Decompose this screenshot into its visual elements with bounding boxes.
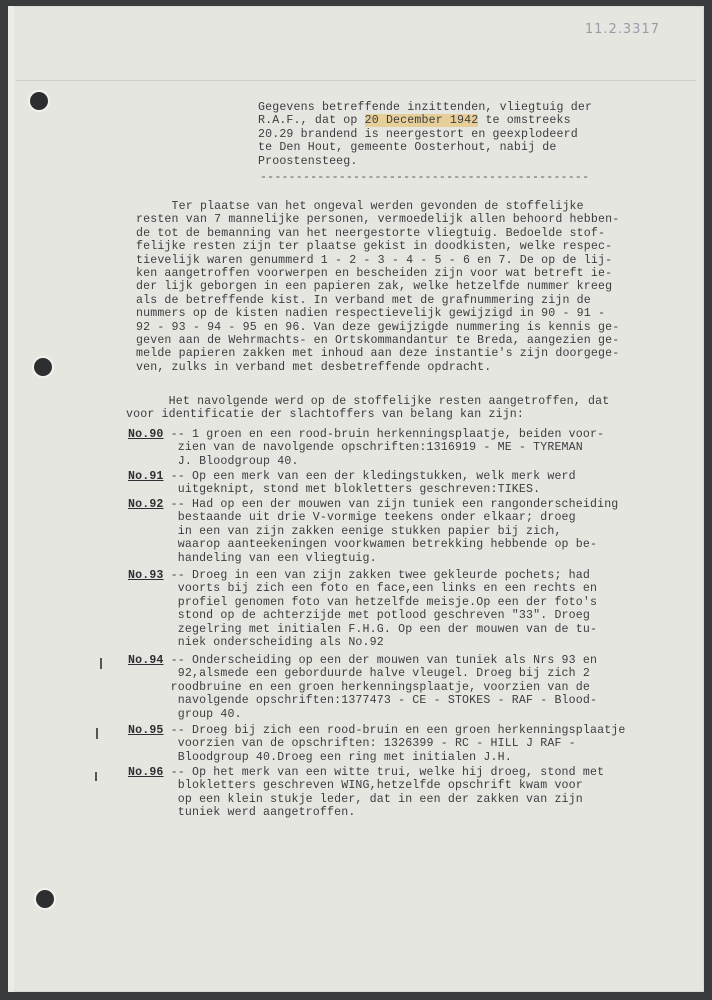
margin-check-mark xyxy=(100,658,102,669)
paragraph-identification-intro: Het navolgende werd op de stoffelijke re… xyxy=(126,395,609,422)
entry-number: No.92 xyxy=(128,498,164,511)
entry-no-93: No.93 -- Droeg in een van zijn zakken tw… xyxy=(128,569,597,649)
entry-number: No.95 xyxy=(128,724,164,737)
entry-no-95: No.95 -- Droeg bij zich een rood-bruin e… xyxy=(128,724,626,764)
entry-no-91: No.91 -- Op een merk van een der kleding… xyxy=(128,470,576,497)
entry-no-96: No.96 -- Op het merk van een witte trui,… xyxy=(128,766,604,820)
margin-check-mark xyxy=(95,772,97,781)
heading-line: Gegevens betreffende inzittenden, vliegt… xyxy=(258,101,592,114)
paragraph-remains-found: Ter plaatse van het ongeval werden gevon… xyxy=(136,200,619,374)
margin-check-mark xyxy=(96,728,98,739)
heading-line: 20.29 brandend is neergestort en geexplo… xyxy=(258,128,578,141)
entry-no-94: No.94 -- Onderscheiding op een der mouwe… xyxy=(128,654,597,721)
punch-hole-bottom xyxy=(36,890,54,908)
punch-hole-middle xyxy=(34,358,52,376)
entry-number: No.94 xyxy=(128,654,164,667)
entry-number: No.90 xyxy=(128,428,164,441)
highlighted-date: 20 December 1942 xyxy=(365,114,479,127)
archive-number: 11.2.3317 xyxy=(585,22,660,37)
entry-no-90: No.90 -- 1 groen en een rood-bruin herke… xyxy=(128,428,604,468)
heading-line: R.A.F., dat op xyxy=(258,114,365,127)
fold-line xyxy=(16,80,696,81)
separator-line: ----------------------------------------… xyxy=(260,171,589,184)
document-heading: Gegevens betreffende inzittenden, vliegt… xyxy=(258,101,592,168)
punch-hole-top xyxy=(30,92,48,110)
document-page: 11.2.3317 Gegevens betreffende inzittend… xyxy=(8,6,704,992)
heading-line: Proostensteeg. xyxy=(258,155,358,168)
entry-no-92: No.92 -- Had op een der mouwen van zijn … xyxy=(128,498,618,565)
entry-number: No.91 xyxy=(128,470,164,483)
heading-line: te Den Hout, gemeente Oosterhout, nabij … xyxy=(258,141,557,154)
heading-line: te omstreeks xyxy=(478,114,570,127)
entry-number: No.93 xyxy=(128,569,164,582)
entry-number: No.96 xyxy=(128,766,164,779)
